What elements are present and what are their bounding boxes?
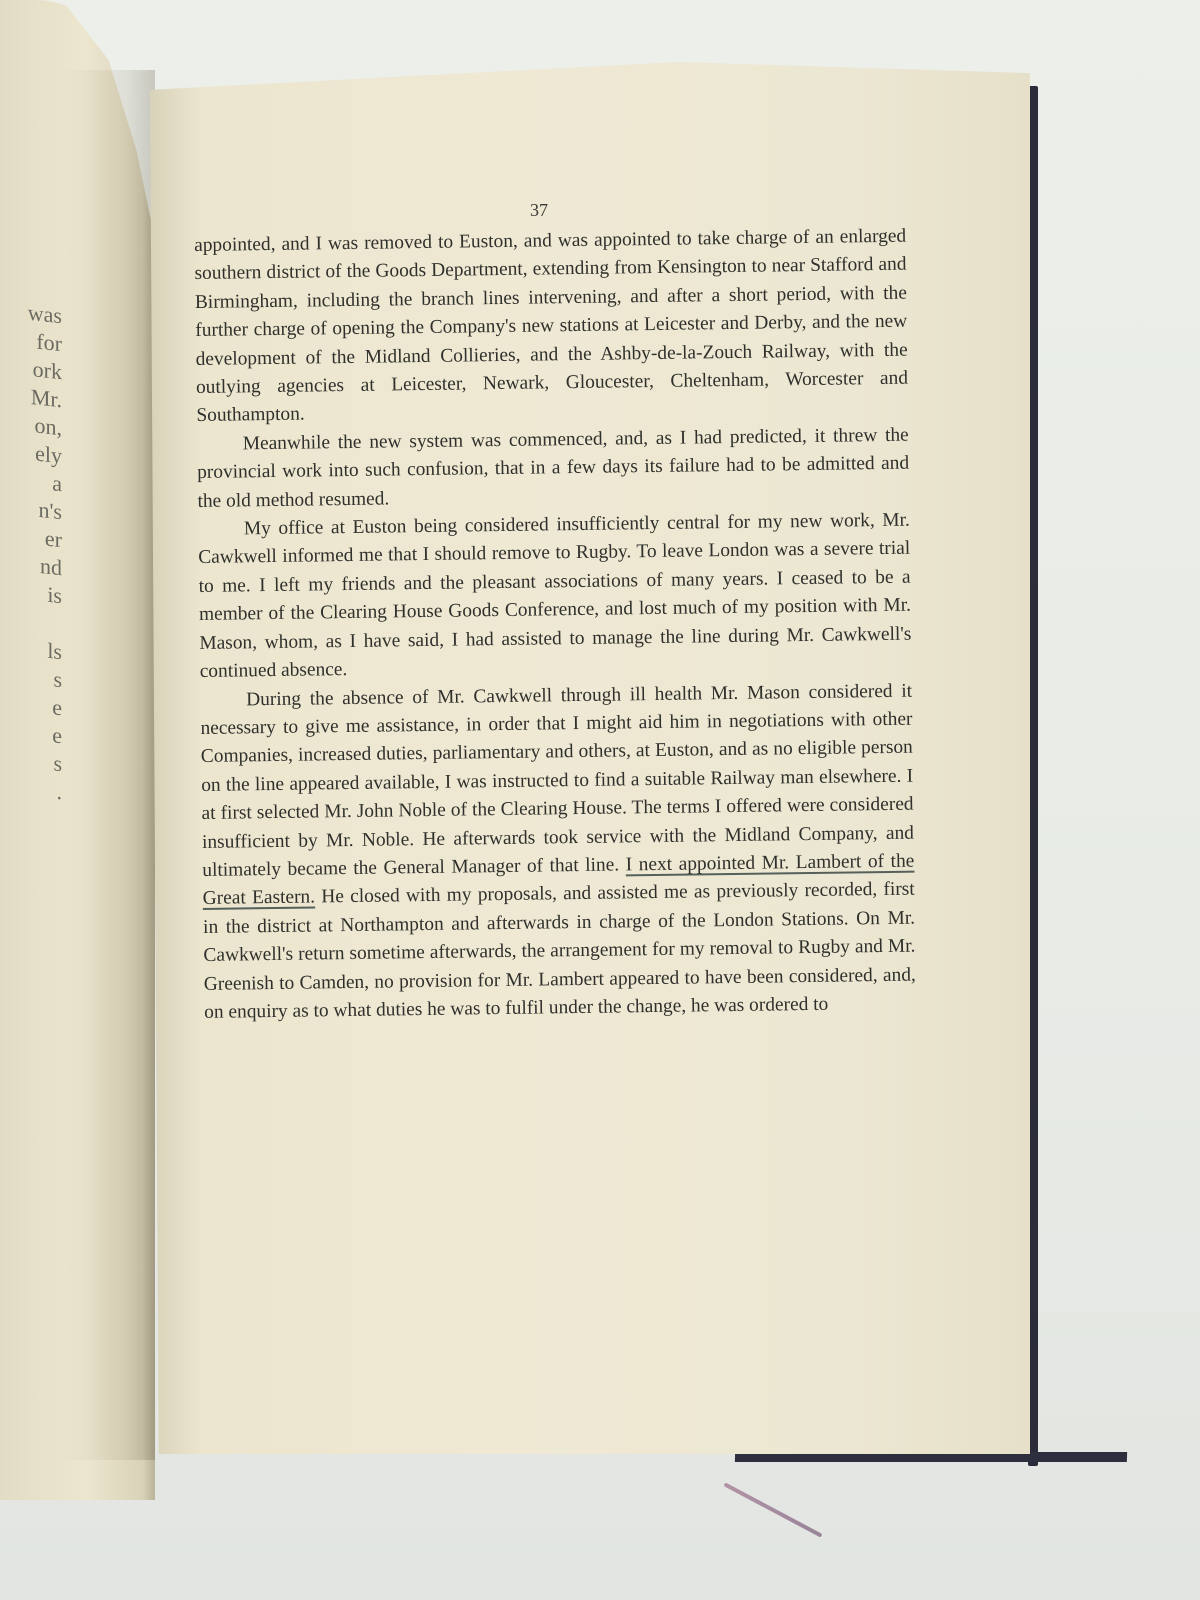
paragraph: During the absence of Mr. Cawkwell throu… [200,677,916,1027]
paragraph: appointed, and I was removed to Euston, … [194,223,909,431]
left-page-text-fragments: was for ork Mr. on, ely a n's er nd is l… [0,296,80,808]
paragraph: Meanwhile the new system was commenced, … [197,422,910,517]
pen-mark [723,1482,822,1537]
paragraph: My office at Euston being considered ins… [198,507,912,687]
paragraph-text: During the absence of Mr. Cawkwell throu… [200,680,914,881]
page-number: 37 [530,200,548,221]
body-text: appointed, and I was removed to Euston, … [194,223,916,1028]
